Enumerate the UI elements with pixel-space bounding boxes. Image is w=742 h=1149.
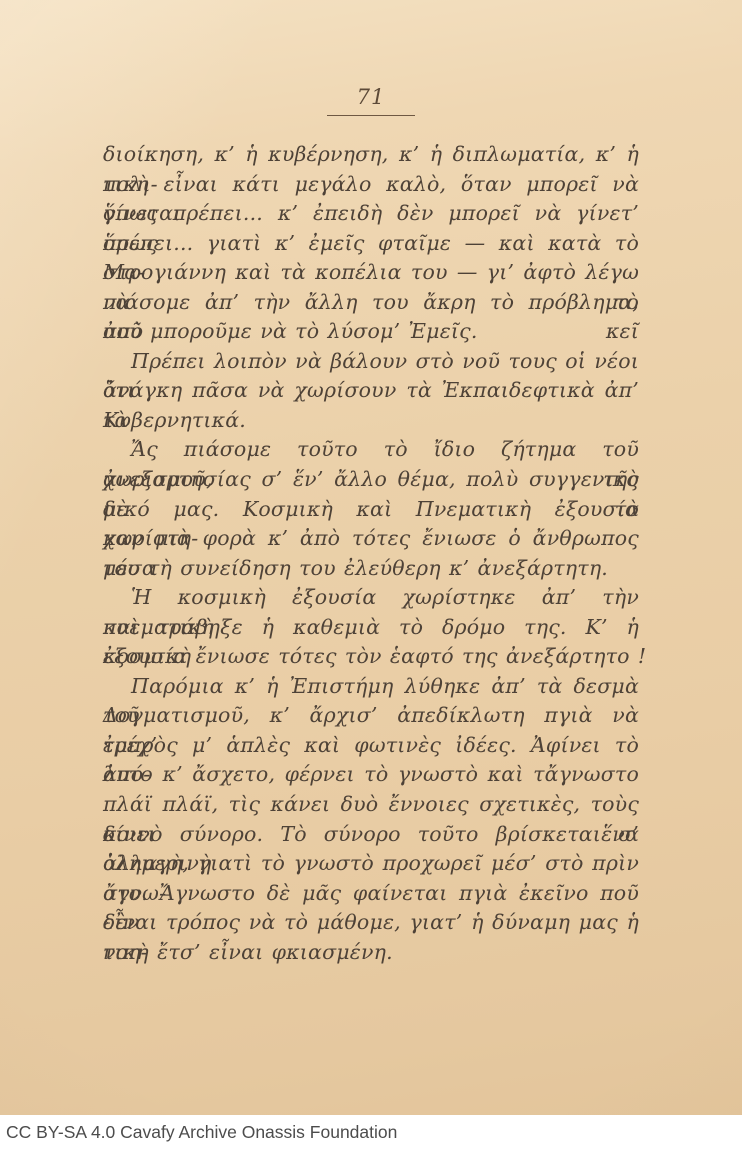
footer-bar: CC BY-SA 4.0 Cavafy Archive Onassis Foun… [0, 1115, 742, 1149]
text-line: πλάϊ πλάϊ, τὶς κάνει δυὸ ἔννοιες σχετικὲ… [103, 790, 639, 820]
text-line: τικὴ εἶναι κάτι μεγάλο καλὸ, ὅταν μπορεῖ… [103, 170, 639, 200]
page-header: 71 [0, 85, 742, 116]
text-line: εἶναι τρόπος νὰ τὸ μάθομε, γιατ’ ἡ δύναμ… [103, 908, 639, 938]
text-line: ἐμπρὸς μ’ ἁπλὲς καὶ φωτινὲς ἰδέες. Ἀφίνε… [103, 731, 639, 761]
text-block: διοίκηση, κ’ ἡ κυβέρνηση, κ’ ἡ διπλωματί… [103, 140, 639, 967]
page-number: 71 [357, 85, 386, 109]
text-line: Κυβερνητικά. [103, 406, 639, 436]
text-line: καν μιὰ φορὰ κ’ ἀπὸ τότες ἔνιωσε ὁ ἄνθρω… [103, 524, 639, 554]
text-line: Δογματισμοῦ, κ’ ἄρχισ’ ἀπεδίκλωτη πγιὰ ν… [103, 701, 639, 731]
text-line: Παρόμια κ’ ἡ Ἐπιστήμη λύθηκε ἀπ’ τὰ δεσμ… [103, 672, 639, 702]
license-text: CC BY-SA 4.0 Cavafy Archive Onassis Foun… [0, 1122, 397, 1143]
text-line: πιάσομε ἀπ’ τὴν ἄλλη του ἄκρη τὸ πρόβλημ… [103, 288, 639, 318]
text-line: Ἡ κοσμικὴ ἐξουσία χωρίστηκε ἀπ’ τὴν πνεμ… [103, 583, 639, 613]
text-line: του τὴ συνείδηση του ἐλεύθερη κ’ ἀνεξάρτ… [103, 554, 639, 584]
scanned-page: 71 διοίκηση, κ’ ἡ κυβέρνηση, κ’ ἡ διπλωμ… [0, 0, 742, 1149]
text-line: ἀνάγκη πᾶσα νὰ χωρίσουν τὰ Ἐκπαιδεφτικὰ … [103, 376, 639, 406]
text-line: καὶ τράβηξε ἡ καθεμιὰ τὸ δρόμο της. Κ’ ἡ… [103, 613, 639, 643]
text-line: διοίκηση, κ’ ἡ κυβέρνηση, κ’ ἡ διπλωματί… [103, 140, 639, 170]
text-line: τικὴ ἔτσ’ εἶναι φκιασμένη. [103, 938, 639, 968]
text-line: πρέπει... γιατὶ κ’ ἐμεῖς φταῖμε — καὶ κα… [103, 229, 639, 259]
text-line: Ἄς πιάσομε τοῦτο τὸ ἴδιο ζήτημα τοῦ χωρι… [103, 435, 639, 465]
text-line: Πρέπει λοιπὸν νὰ βάλουν στὸ νοῦ τους οἱ … [103, 347, 639, 377]
text-line: ἀνεξαρτησίας σ’ ἕν’ ἄλλο θέμα, πολὺ συγγ… [103, 465, 639, 495]
text-line: κοινὸ σύνορο. Τὸ σύνορο τοῦτο βρίσκεται … [103, 820, 639, 850]
text-line: δικό μας. Κοσμικὴ καὶ Πνεματικὴ ἐξουσία … [103, 495, 639, 525]
text-line: ἐξουσία ἔνιωσε τότες τὸν ἑαφτό της ἀνεξά… [103, 642, 639, 672]
text-line: στο. Ἄγνωστο δὲ μᾶς φαίνεται πγιὰ ἐκεῖνο… [103, 879, 639, 909]
text-line: λυτο κ’ ἄσχετο, φέρνει τὸ γνωστὸ καὶ τἄγ… [103, 760, 639, 790]
text-line: ἀλλαγὴ, γιατὶ τὸ γνωστὸ προχωρεῖ μέσ’ στ… [103, 849, 639, 879]
text-line: στρογιάννη καὶ τὰ κοπέλια του — γι’ ἀφτὸ… [103, 258, 639, 288]
page-number-rule [327, 115, 415, 116]
text-line: ὅπως πρέπει... κ’ ἐπειδὴ δὲν μπορεῖ νὰ γ… [103, 199, 639, 229]
